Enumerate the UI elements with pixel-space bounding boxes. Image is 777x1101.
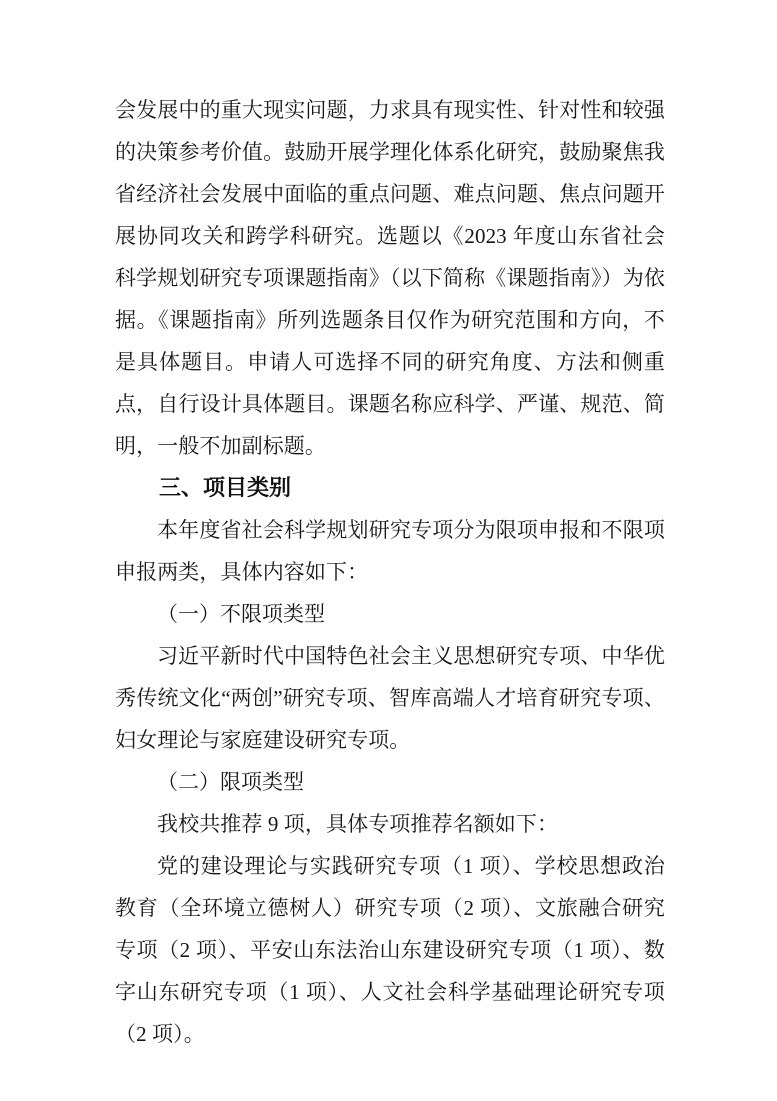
section-heading-project-categories: 三、项目类别 (115, 467, 665, 509)
paragraph-recommendation-count: 我校共推荐 9 项，具体专项推荐名额如下： (115, 803, 665, 845)
subheading-limited-type: （二）限项类型 (115, 761, 665, 803)
paragraph-limited-type-list: 党的建设理论与实践研究专项（1 项）、学校思想政治教育（全环境立德树人）研究专项… (115, 845, 665, 1055)
paragraph-continuation: 会发展中的重大现实问题，力求具有现实性、针对性和较强的决策参考价值。鼓励开展学理… (115, 89, 665, 467)
paragraph-unlimited-type-list: 习近平新时代中国特色社会主义思想研究专项、中华优秀传统文化“两创”研究专项、智库… (115, 635, 665, 761)
paragraph-category-intro: 本年度省社会科学规划研究专项分为限项申报和不限项申报两类，具体内容如下： (115, 509, 665, 593)
subheading-unlimited-type: （一）不限项类型 (115, 593, 665, 635)
document-page: 会发展中的重大现实问题，力求具有现实性、针对性和较强的决策参考价值。鼓励开展学理… (0, 0, 777, 1101)
